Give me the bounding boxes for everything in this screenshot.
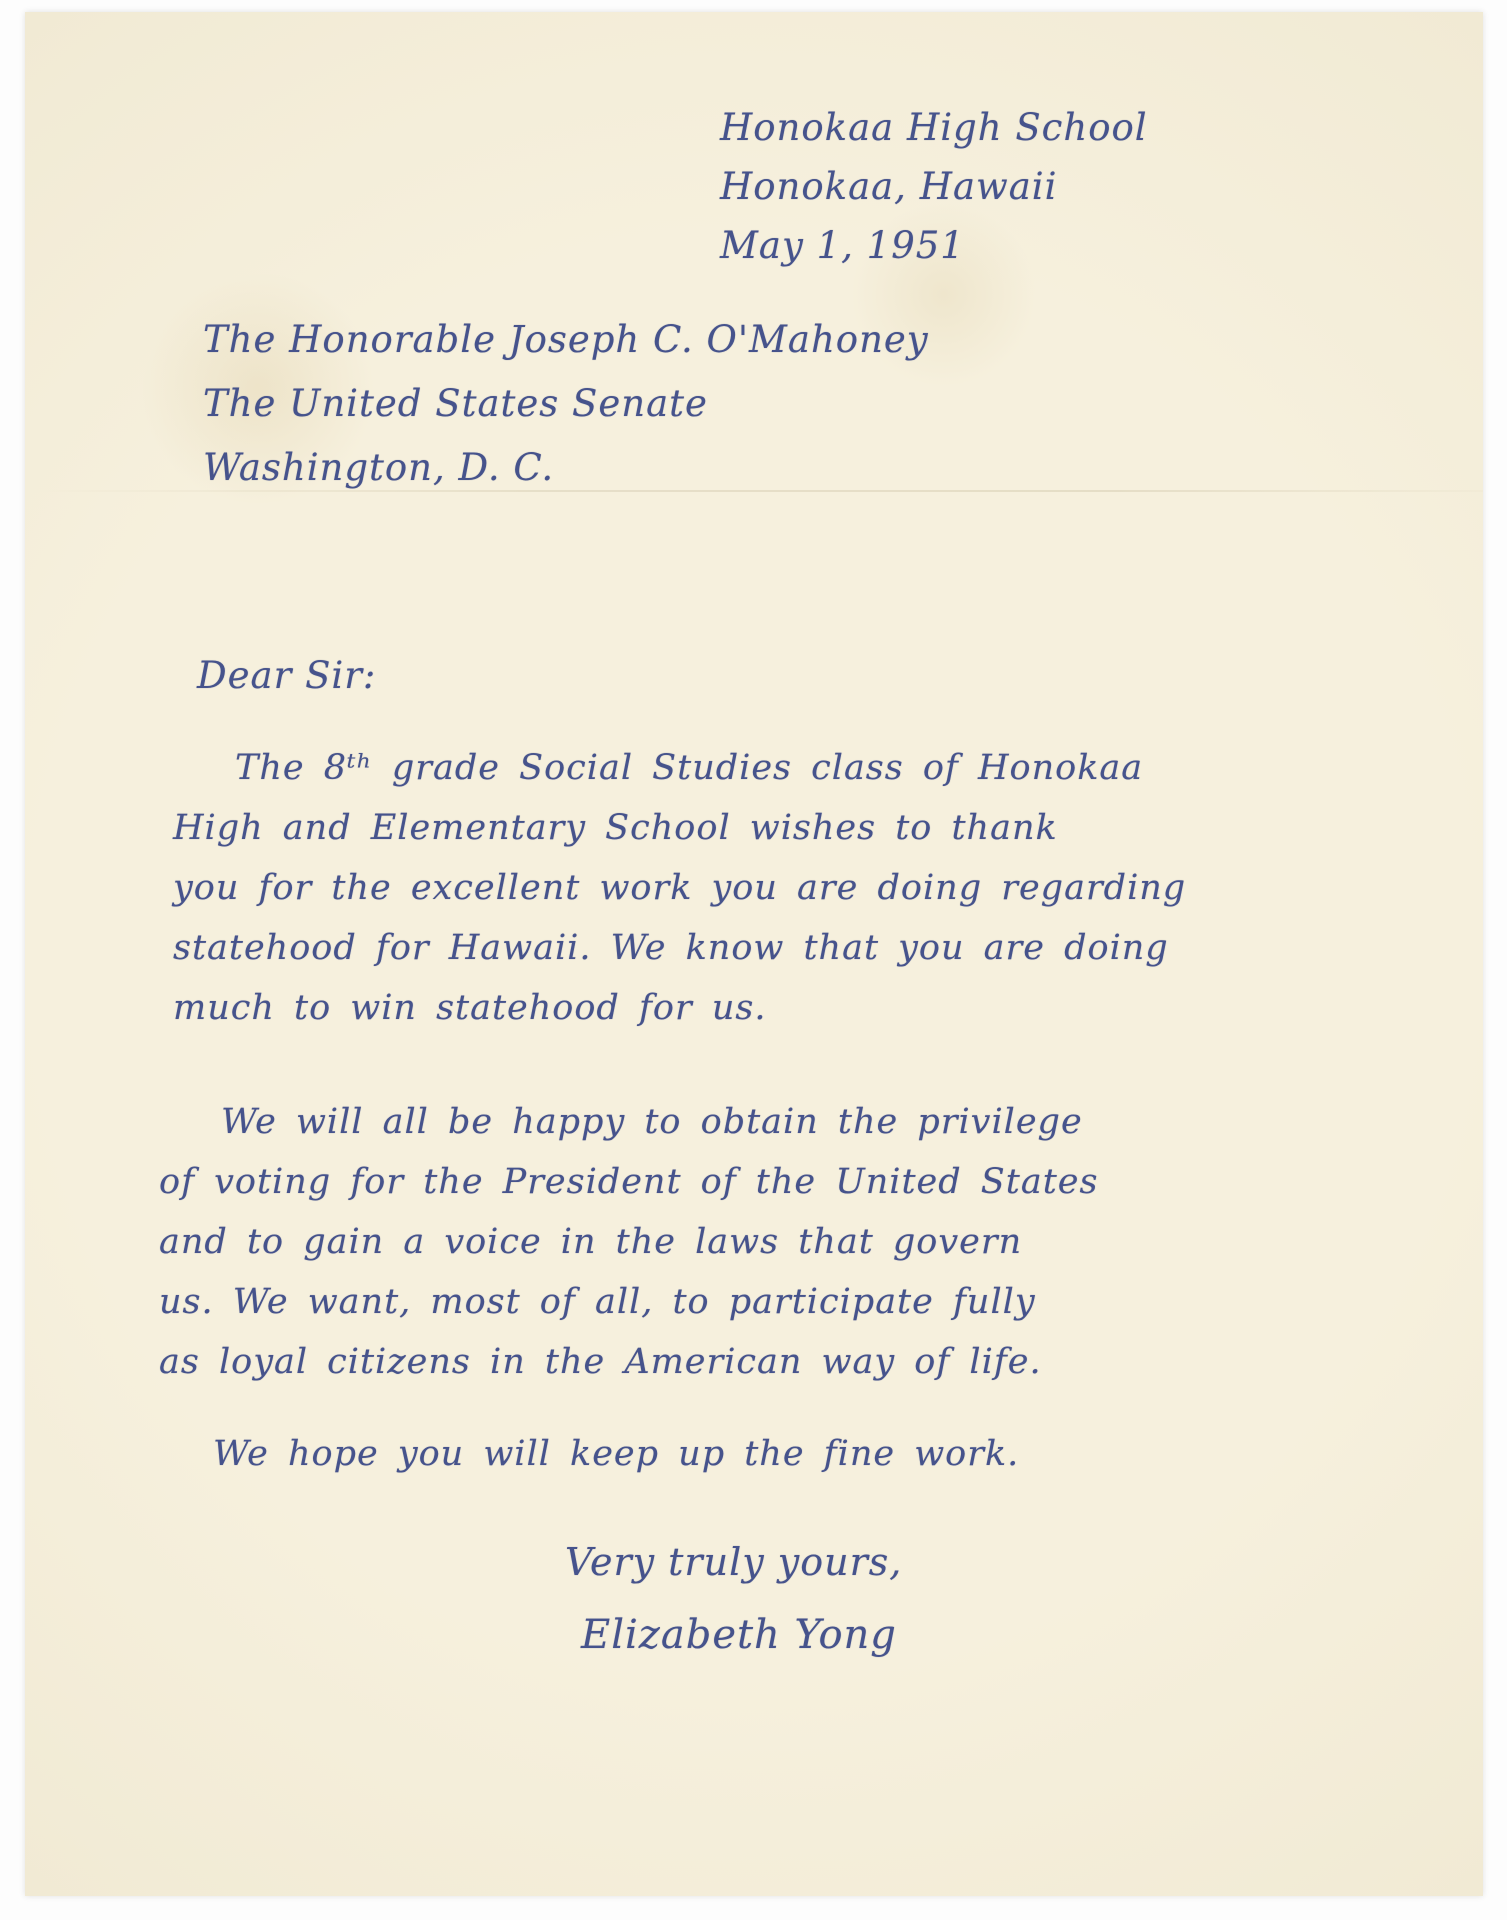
signature-name: Elizabeth Yong	[581, 1612, 897, 1658]
recipient-city: Washington, D. C.	[203, 436, 929, 500]
letterhead-date: May 1, 1951	[720, 216, 1148, 275]
body-paragraph-3: We hope you will keep up the fine work.	[175, 1424, 1019, 1484]
scanned-letter: Honokaa High School Honokaa, Hawaii May …	[0, 0, 1507, 1920]
letterhead-school: Honokaa High School	[720, 98, 1148, 157]
recipient-address-block: The Honorable Joseph C. O'Mahoney The Un…	[203, 308, 929, 500]
letterhead-location: Honokaa, Hawaii	[720, 157, 1148, 216]
closing-phrase: Very truly yours,	[565, 1540, 902, 1584]
recipient-organization: The United States Senate	[203, 372, 929, 436]
body-paragraph-2: We will all be happy to obtain the privi…	[159, 1092, 1098, 1392]
letterhead-block: Honokaa High School Honokaa, Hawaii May …	[720, 98, 1148, 275]
body-paragraph-1: The 8ᵗʰ grade Social Studies class of Ho…	[173, 738, 1186, 1038]
salutation: Dear Sir:	[197, 654, 376, 697]
recipient-name: The Honorable Joseph C. O'Mahoney	[203, 308, 929, 372]
letter-page: Honokaa High School Honokaa, Hawaii May …	[25, 12, 1483, 1896]
